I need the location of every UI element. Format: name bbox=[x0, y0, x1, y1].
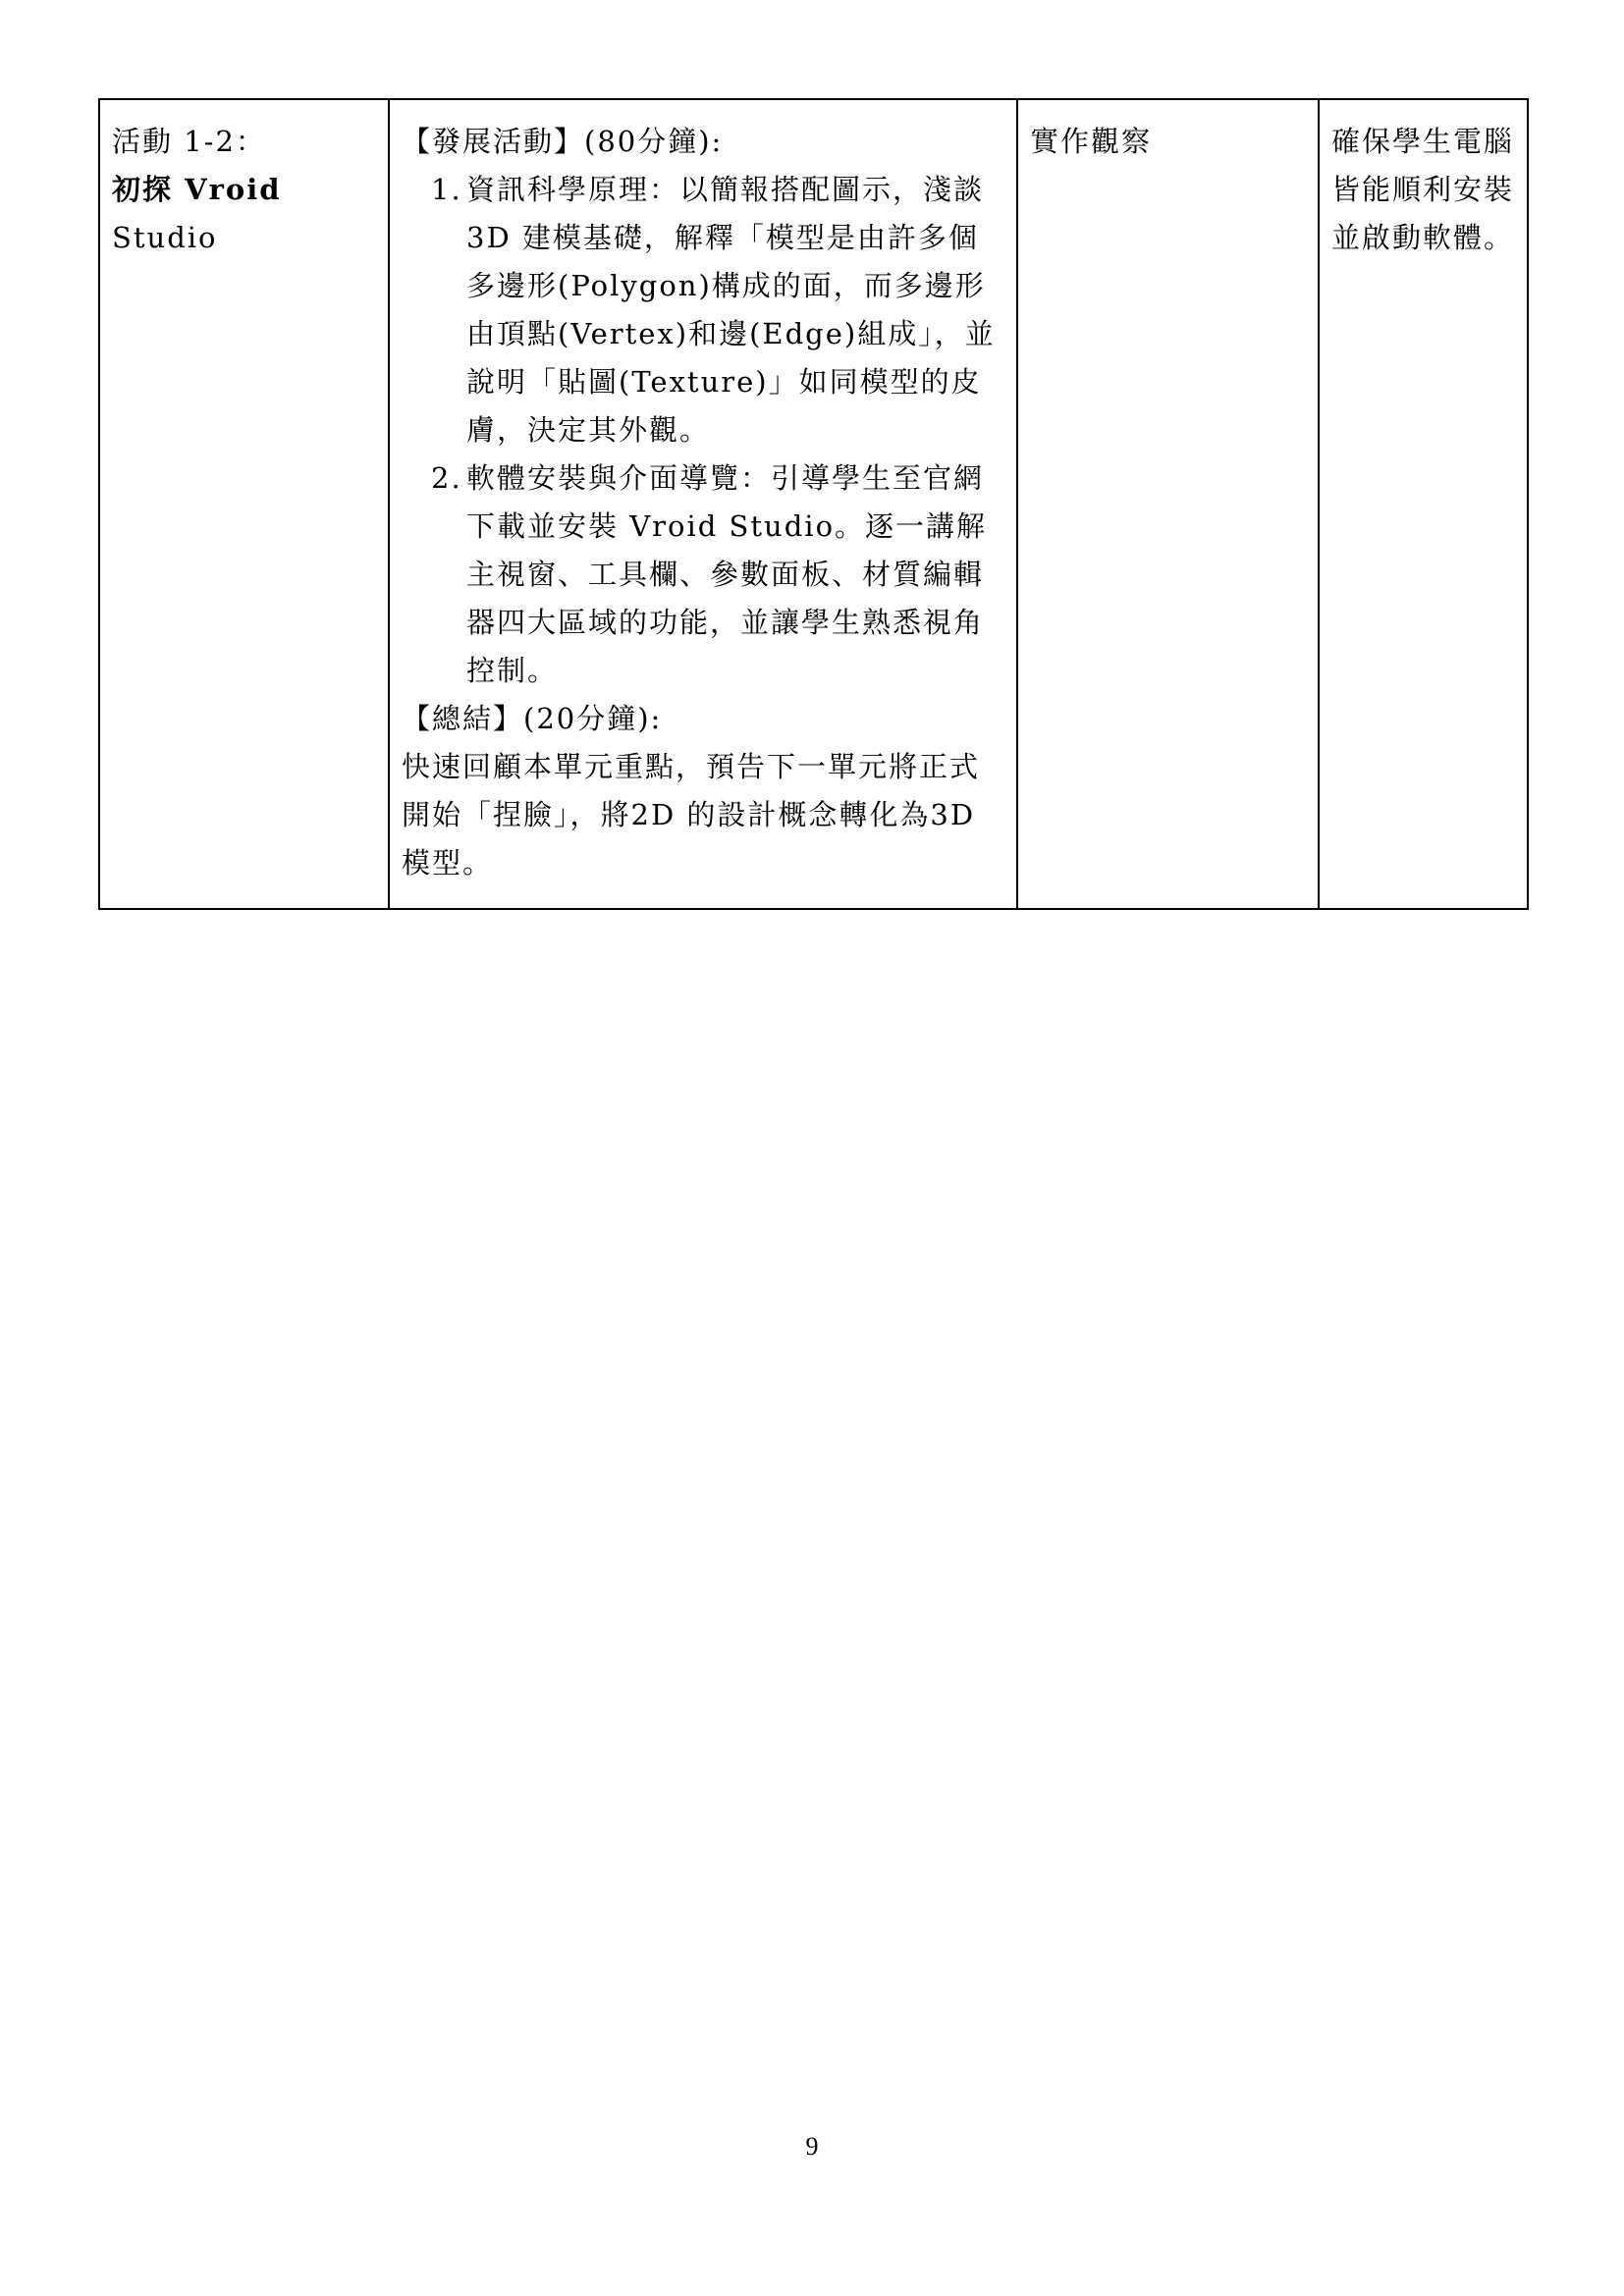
document-page: 活動 1-2： 初探 Vroid Studio 【發展活動】(80分鐘): 1.… bbox=[0, 0, 1624, 2296]
notes-cell: 確保學生電腦皆能順利安裝並啟動軟體。 bbox=[1319, 99, 1528, 909]
page-number: 9 bbox=[0, 2132, 1624, 2162]
assessment-cell: 實作觀察 bbox=[1017, 99, 1319, 909]
step-text: 資訊科學原理：以簡報搭配圖示，淺談3D 建模基礎，解釋「模型是由許多個多邊形(P… bbox=[466, 173, 996, 447]
step-number: 2. bbox=[431, 454, 462, 503]
activity-cell: 活動 1-2： 初探 Vroid Studio bbox=[99, 99, 389, 909]
summary-heading: 【總結】(20分鐘): bbox=[402, 695, 1004, 743]
development-heading: 【發展活動】(80分鐘): bbox=[402, 118, 1004, 166]
activity-title: 初探 Vroid bbox=[112, 166, 376, 214]
summary-text: 快速回顧本單元重點，預告下一單元將正式開始「捏臉」，將2D 的設計概念轉化為3D… bbox=[402, 743, 1004, 887]
steps-list: 1. 資訊科學原理：以簡報搭配圖示，淺談3D 建模基礎，解釋「模型是由許多個多邊… bbox=[402, 166, 1004, 695]
activity-label: 活動 1-2： bbox=[112, 118, 376, 166]
notes-text: 確保學生電腦皆能順利安裝並啟動軟體。 bbox=[1331, 125, 1514, 254]
step-text: 軟體安裝與介面導覽：引導學生至官網下載並安裝 Vroid Studio。逐一講解… bbox=[466, 461, 987, 687]
content-cell: 【發展活動】(80分鐘): 1. 資訊科學原理：以簡報搭配圖示，淺談3D 建模基… bbox=[389, 99, 1017, 909]
lesson-plan-table: 活動 1-2： 初探 Vroid Studio 【發展活動】(80分鐘): 1.… bbox=[98, 98, 1529, 910]
activity-title-cont: Studio bbox=[112, 214, 376, 262]
list-item: 1. 資訊科學原理：以簡報搭配圖示，淺談3D 建模基礎，解釋「模型是由許多個多邊… bbox=[402, 166, 1004, 454]
assessment-method: 實作觀察 bbox=[1030, 125, 1152, 158]
step-number: 1. bbox=[431, 166, 462, 214]
list-item: 2. 軟體安裝與介面導覽：引導學生至官網下載並安裝 Vroid Studio。逐… bbox=[402, 454, 1004, 695]
table-row: 活動 1-2： 初探 Vroid Studio 【發展活動】(80分鐘): 1.… bbox=[99, 99, 1528, 909]
